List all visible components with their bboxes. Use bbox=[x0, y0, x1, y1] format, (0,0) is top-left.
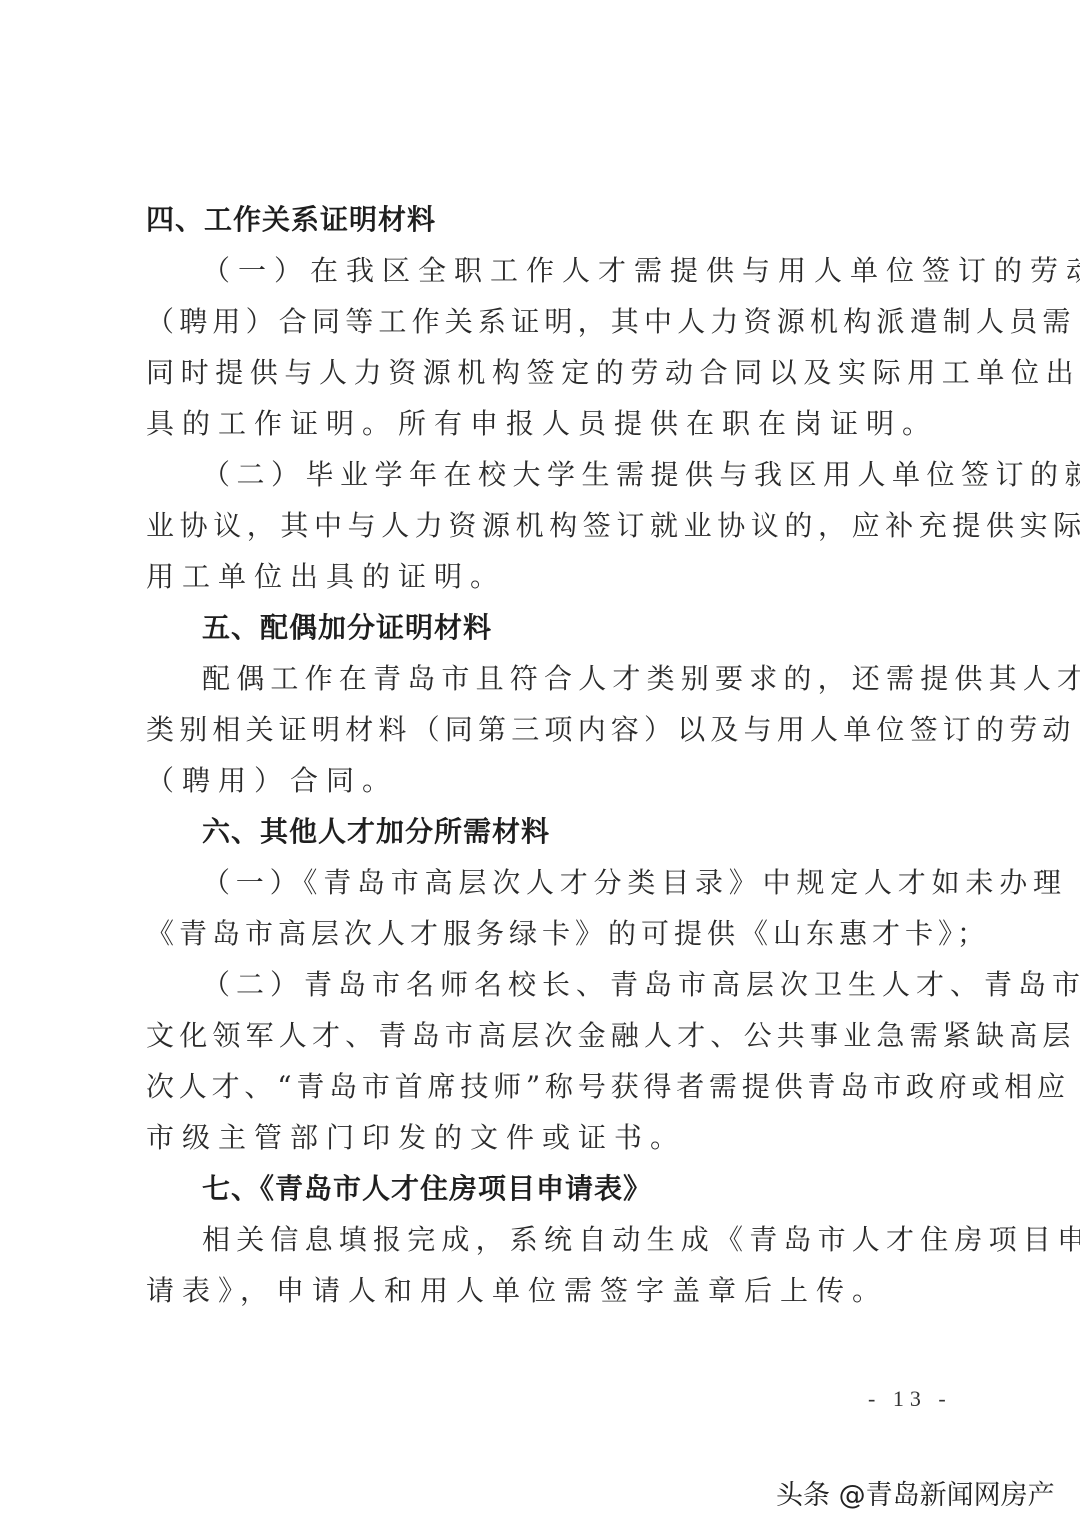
paragraph-line: （一）《青岛市高层次人才分类目录》中规定人才如未办理 bbox=[146, 857, 946, 908]
paragraph-line: 文化领军人才、青岛市高层次金融人才、公共事业急需紧缺高层 bbox=[146, 1010, 946, 1061]
paragraph-line: 业协议，其中与人力资源机构签订就业协议的，应补充提供实际 bbox=[146, 500, 946, 551]
paragraph-line: 用工单位出具的证明。 bbox=[146, 551, 946, 602]
paragraph-line: （一）在我区全职工作人才需提供与用人单位签订的劳动 bbox=[146, 245, 946, 296]
paragraph-line: 相关信息填报完成，系统自动生成《青岛市人才住房项目申 bbox=[146, 1214, 946, 1265]
paragraph-line: 次人才、“青岛市首席技师”称号获得者需提供青岛市政府或相应 bbox=[146, 1061, 946, 1112]
paragraph-line: 同时提供与人力资源机构签定的劳动合同以及实际用工单位出 bbox=[146, 347, 946, 398]
paragraph-line: （聘用）合同。 bbox=[146, 755, 946, 806]
paragraph-line: （二）青岛市名师名校长、青岛市高层次卫生人才、青岛市 bbox=[146, 959, 946, 1010]
section-heading-6: 六、其他人才加分所需材料 bbox=[146, 806, 946, 857]
section-heading-5: 五、配偶加分证明材料 bbox=[146, 602, 946, 653]
document-page: 四、工作关系证明材料 （一）在我区全职工作人才需提供与用人单位签订的劳动 （聘用… bbox=[146, 194, 946, 1316]
paragraph-line: 《青岛市高层次人才服务绿卡》的可提供《山东惠才卡》； bbox=[146, 908, 946, 959]
paragraph-line: 请表》，申请人和用人单位需签字盖章后上传。 bbox=[146, 1265, 946, 1316]
page-number: - 13 - bbox=[868, 1386, 952, 1412]
paragraph-line: 配偶工作在青岛市且符合人才类别要求的，还需提供其人才 bbox=[146, 653, 946, 704]
paragraph-line: 类别相关证明材料（同第三项内容）以及与用人单位签订的劳动 bbox=[146, 704, 946, 755]
paragraph-line: （二）毕业学年在校大学生需提供与我区用人单位签订的就 bbox=[146, 449, 946, 500]
paragraph-line: 具的工作证明。所有申报人员提供在职在岗证明。 bbox=[146, 398, 946, 449]
paragraph-line: 市级主管部门印发的文件或证书。 bbox=[146, 1112, 946, 1163]
source-watermark: 头条 @青岛新闻网房产 bbox=[776, 1473, 1055, 1512]
section-heading-4: 四、工作关系证明材料 bbox=[146, 194, 946, 245]
section-heading-7: 七、《青岛市人才住房项目申请表》 bbox=[146, 1163, 946, 1214]
paragraph-line: （聘用）合同等工作关系证明，其中人力资源机构派遣制人员需 bbox=[146, 296, 946, 347]
